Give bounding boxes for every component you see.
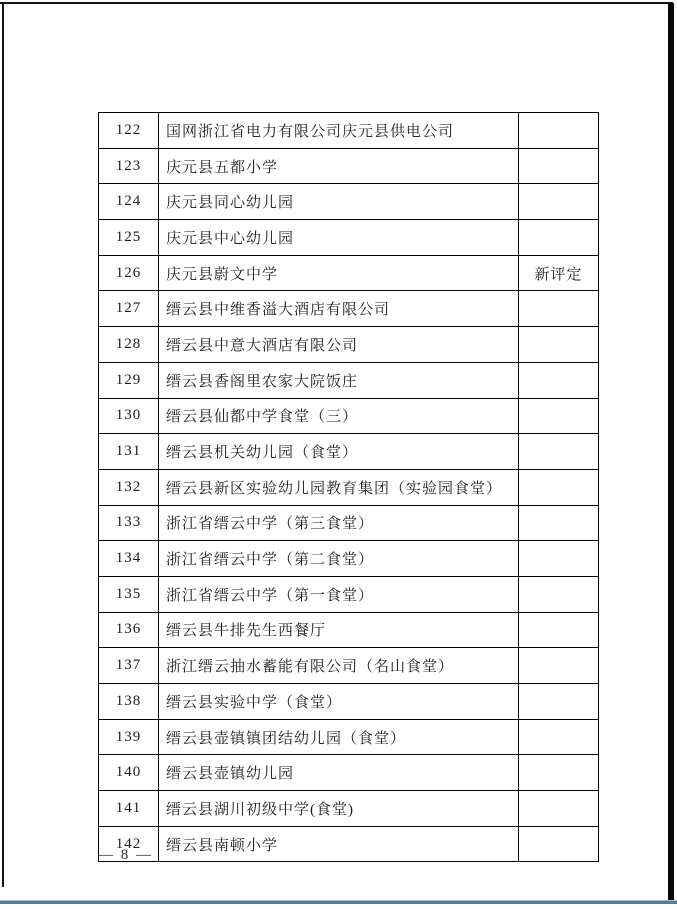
row-remark-cell [519, 505, 599, 541]
row-name-cell: 缙云县壶镇幼儿园 [159, 755, 519, 791]
row-name-cell: 缙云县牛排先生西餐厅 [159, 612, 519, 648]
row-name-cell: 缙云县中维香溢大酒店有限公司 [159, 291, 519, 327]
row-name-cell: 缙云县机关幼儿园（食堂） [159, 434, 519, 470]
row-name-cell: 浙江省缙云中学（第一食堂） [159, 576, 519, 612]
row-remark-cell [519, 148, 599, 184]
table-row: 123 庆元县五都小学 [99, 148, 599, 184]
row-name-cell: 缙云县新区实验幼儿园教育集团（实验园食堂） [159, 469, 519, 505]
scan-edge-line [0, 900, 677, 904]
table-row: 132 缙云县新区实验幼儿园教育集团（实验园食堂） [99, 469, 599, 505]
row-number-cell: 127 [99, 291, 159, 327]
page-border-top [0, 2, 673, 4]
row-remark-cell [519, 826, 599, 862]
row-number-cell: 131 [99, 434, 159, 470]
row-number-cell: 122 [99, 113, 159, 149]
row-remark-cell [519, 220, 599, 256]
row-remark-cell [519, 291, 599, 327]
row-name-cell: 庆元县中心幼儿园 [159, 220, 519, 256]
row-remark-cell [519, 755, 599, 791]
row-name-cell: 浙江省缙云中学（第三食堂） [159, 505, 519, 541]
table-row: 131 缙云县机关幼儿园（食堂） [99, 434, 599, 470]
row-name-cell: 缙云县湖川初级中学(食堂) [159, 791, 519, 827]
row-number-cell: 126 [99, 255, 159, 291]
row-remark-cell [519, 113, 599, 149]
table-row: 134 浙江省缙云中学（第二食堂） [99, 541, 599, 577]
row-name-cell: 缙云县南顿小学 [159, 826, 519, 862]
row-number-cell: 130 [99, 398, 159, 434]
table-row: 136 缙云县牛排先生西餐厅 [99, 612, 599, 648]
row-remark-cell [519, 469, 599, 505]
table-row: 130 缙云县仙都中学食堂（三） [99, 398, 599, 434]
row-number-cell: 125 [99, 220, 159, 256]
row-remark-cell [519, 434, 599, 470]
row-number-cell: 139 [99, 719, 159, 755]
row-number-cell: 138 [99, 684, 159, 720]
page-border-left [2, 3, 4, 887]
supplier-table-body: 122 国网浙江省电力有限公司庆元县供电公司 123 庆元县五都小学 124 庆… [99, 113, 599, 862]
table-row: 126 庆元县蔚文中学 新评定 [99, 255, 599, 291]
row-remark-cell [519, 684, 599, 720]
table-row: 137 浙江缙云抽水蓄能有限公司（名山食堂） [99, 648, 599, 684]
page-number: — 8 — [98, 847, 153, 864]
table-row: 125 庆元县中心幼儿园 [99, 220, 599, 256]
row-name-cell: 缙云县中意大酒店有限公司 [159, 327, 519, 363]
row-number-cell: 136 [99, 612, 159, 648]
row-name-cell: 缙云县香阁里农家大院饭庄 [159, 362, 519, 398]
row-number-cell: 132 [99, 469, 159, 505]
row-number-cell: 123 [99, 148, 159, 184]
table-row: 139 缙云县壶镇镇团结幼儿园（食堂） [99, 719, 599, 755]
row-name-cell: 庆元县同心幼儿园 [159, 184, 519, 220]
row-remark-cell [519, 612, 599, 648]
table-row: 138 缙云县实验中学（食堂） [99, 684, 599, 720]
row-number-cell: 140 [99, 755, 159, 791]
table-row: 140 缙云县壶镇幼儿园 [99, 755, 599, 791]
row-remark-cell [519, 184, 599, 220]
table-row: 129 缙云县香阁里农家大院饭庄 [99, 362, 599, 398]
table-row: 128 缙云县中意大酒店有限公司 [99, 327, 599, 363]
page-border-right [668, 3, 674, 902]
table-row: 127 缙云县中维香溢大酒店有限公司 [99, 291, 599, 327]
table-row: 141 缙云县湖川初级中学(食堂) [99, 791, 599, 827]
supplier-table: 122 国网浙江省电力有限公司庆元县供电公司 123 庆元县五都小学 124 庆… [98, 112, 599, 862]
row-number-cell: 129 [99, 362, 159, 398]
row-number-cell: 133 [99, 505, 159, 541]
row-name-cell: 庆元县蔚文中学 [159, 255, 519, 291]
row-name-cell: 缙云县仙都中学食堂（三） [159, 398, 519, 434]
table-row: 142 缙云县南顿小学 [99, 826, 599, 862]
row-number-cell: 134 [99, 541, 159, 577]
row-number-cell: 128 [99, 327, 159, 363]
row-name-cell: 国网浙江省电力有限公司庆元县供电公司 [159, 113, 519, 149]
row-remark-cell [519, 648, 599, 684]
row-remark-cell [519, 576, 599, 612]
row-name-cell: 庆元县五都小学 [159, 148, 519, 184]
row-remark-cell [519, 719, 599, 755]
row-number-cell: 141 [99, 791, 159, 827]
row-remark-cell [519, 362, 599, 398]
table-row: 124 庆元县同心幼儿园 [99, 184, 599, 220]
row-remark-cell [519, 541, 599, 577]
row-name-cell: 浙江省缙云中学（第二食堂） [159, 541, 519, 577]
row-remark-cell [519, 327, 599, 363]
row-name-cell: 浙江缙云抽水蓄能有限公司（名山食堂） [159, 648, 519, 684]
row-remark-cell: 新评定 [519, 255, 599, 291]
document-page: 122 国网浙江省电力有限公司庆元县供电公司 123 庆元县五都小学 124 庆… [0, 0, 677, 909]
row-number-cell: 135 [99, 576, 159, 612]
row-remark-cell [519, 791, 599, 827]
row-number-cell: 124 [99, 184, 159, 220]
row-number-cell: 137 [99, 648, 159, 684]
table-row: 135 浙江省缙云中学（第一食堂） [99, 576, 599, 612]
row-remark-cell [519, 398, 599, 434]
table-row: 122 国网浙江省电力有限公司庆元县供电公司 [99, 113, 599, 149]
row-name-cell: 缙云县壶镇镇团结幼儿园（食堂） [159, 719, 519, 755]
table-row: 133 浙江省缙云中学（第三食堂） [99, 505, 599, 541]
row-name-cell: 缙云县实验中学（食堂） [159, 684, 519, 720]
